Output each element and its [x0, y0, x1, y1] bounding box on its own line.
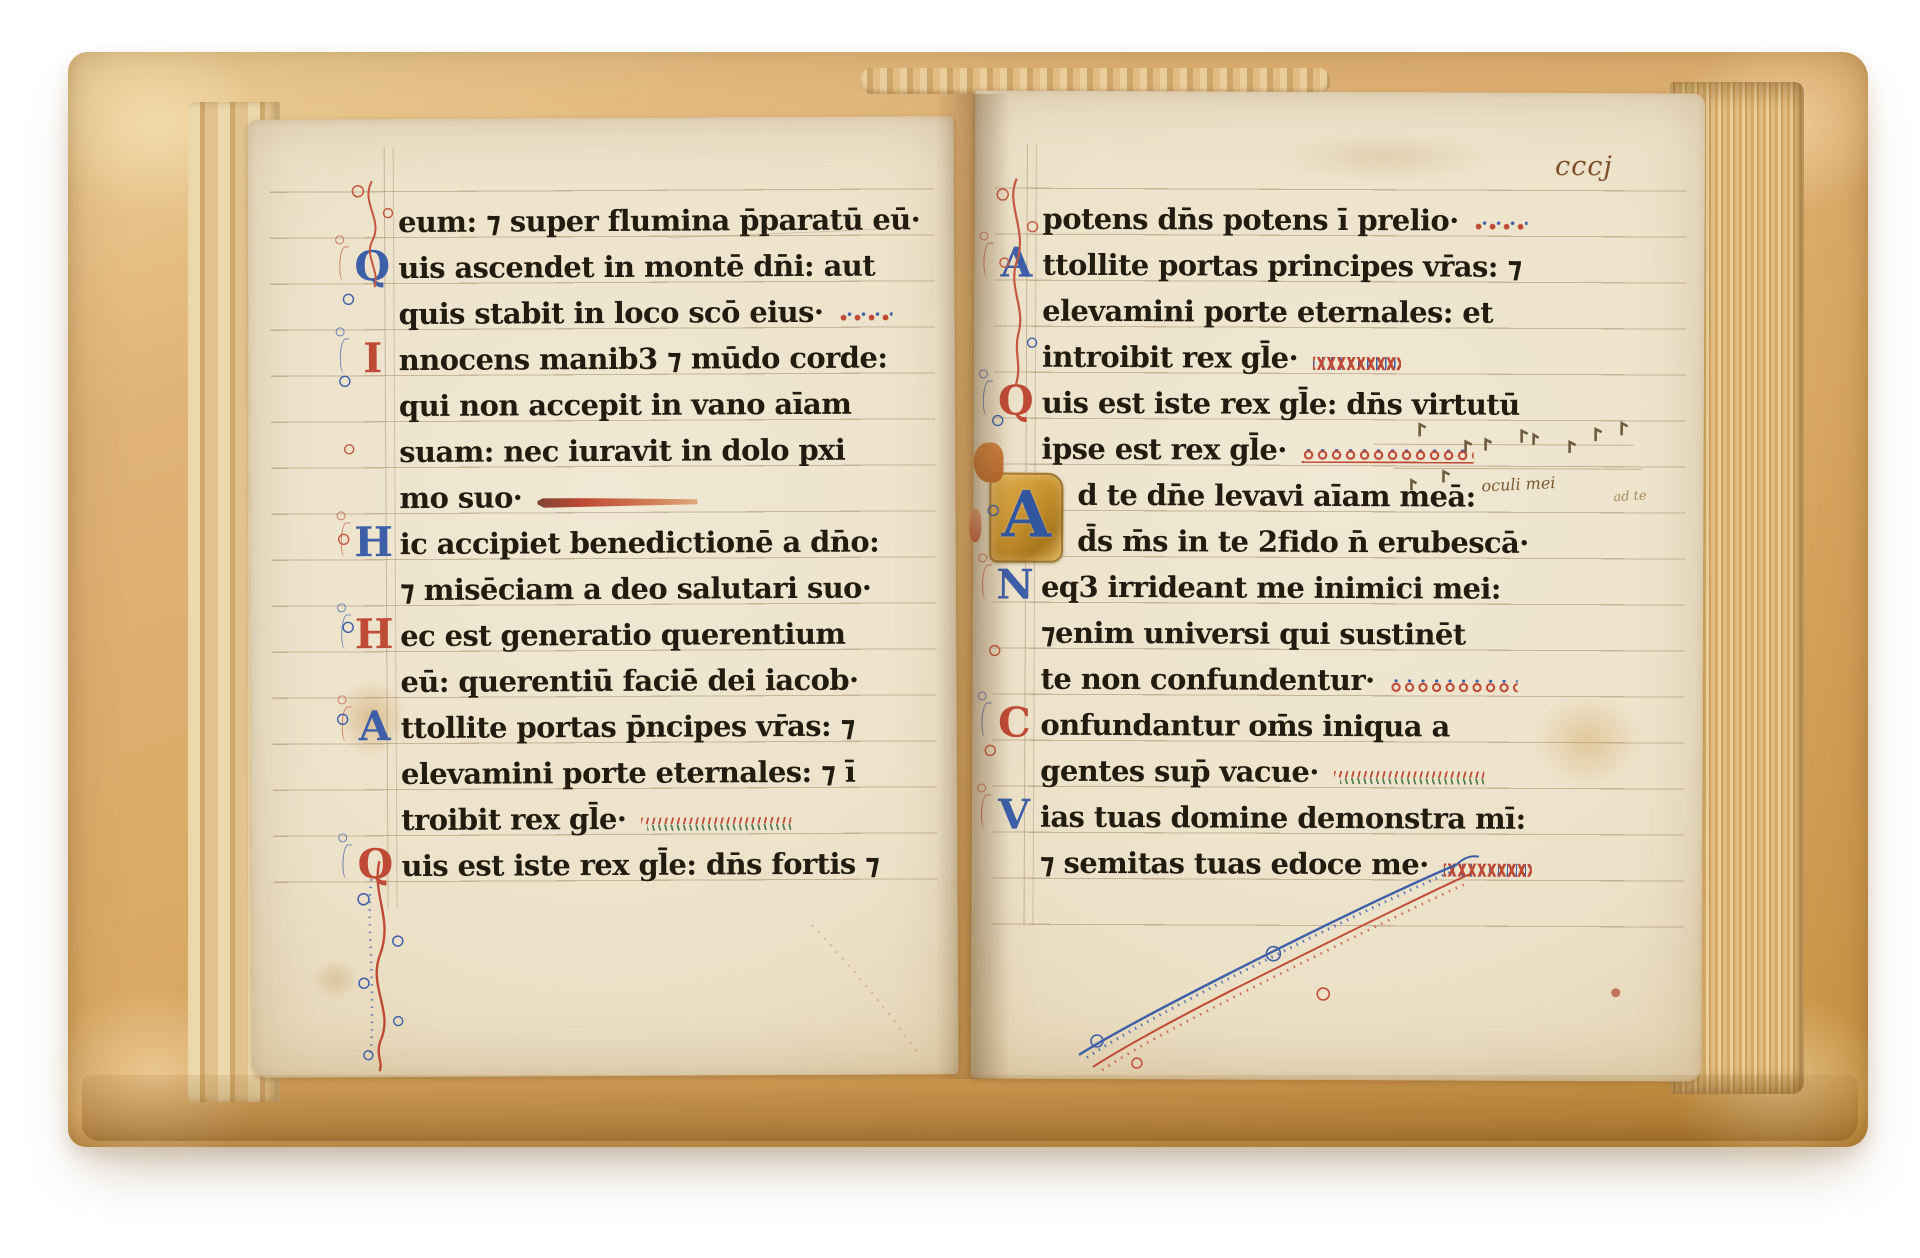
- offset-ghost-flourish: [812, 924, 921, 1057]
- illuminated-initial: Q: [994, 376, 1038, 424]
- text-line: qui non accepit in vano aīam: [399, 380, 905, 429]
- illuminated-initial: H: [352, 610, 396, 658]
- line-text: ec est generatio querentium: [400, 617, 845, 653]
- stain: [1275, 132, 1495, 183]
- line-filler-vine-ornament: [1302, 448, 1474, 463]
- text-line: troibit rex gl̄e·: [401, 794, 907, 843]
- text-line: eū: querentiū faciē dei iacob·: [400, 656, 906, 705]
- line-filler-zigzag-ornament: [1313, 357, 1401, 370]
- line-text: d̄s m̄s in te 2fido n̄ erubescā·: [1041, 524, 1529, 560]
- illuminated-initial: N: [993, 560, 1037, 608]
- text-line: te non confundentur·: [1040, 656, 1588, 704]
- line-filler-scroll-ornament: [1390, 679, 1518, 693]
- line-filler-dots-ornament: [1474, 220, 1528, 232]
- folio-number: cccj: [1555, 151, 1613, 182]
- text-line: A ttollite portas principes vr̄as: ⁊: [1042, 242, 1590, 290]
- illuminated-initial: C: [992, 698, 1036, 746]
- line-text: potens dn̄s potens ī prelio·: [1043, 202, 1459, 238]
- line-text: nnocens manib3 ⁊ mūdo corde:: [399, 341, 888, 378]
- line-text: ⁊ semitas tuas edoce me·: [1040, 846, 1429, 882]
- text-column: eum: ⁊ super flumina p̄paratū eū· Q uis …: [398, 196, 908, 889]
- line-text: elevamini porte eternales: ⁊ ī: [401, 755, 856, 791]
- line-text: elevamini porte eternales: et: [1042, 294, 1493, 330]
- line-text: ttollite portas principes vr̄as: ⁊: [1042, 248, 1521, 284]
- line-text: eum: ⁊ super flumina p̄paratū eū·: [398, 202, 920, 239]
- illuminated-initial: H: [352, 518, 396, 566]
- text-line: elevamini porte eternales: ⁊ ī: [401, 748, 907, 797]
- right-page: cccj oculi mei ad te potens dn̄s potens …: [971, 90, 1705, 1081]
- text-line: suam: nec iuravit in dolo pxi: [399, 426, 905, 475]
- text-line: ipse est rex gl̄e·: [1041, 426, 1589, 474]
- line-filler-feather-ornament: [1334, 771, 1484, 785]
- text-line: A ttollite portas p̄ncipes vr̄as: ⁊: [401, 702, 907, 751]
- line-text: suam: nec iuravit in dolo pxi: [399, 433, 845, 469]
- text-line: ⁊ semitas tuas edoce me·: [1040, 840, 1588, 888]
- text-line: introibit rex gl̄e·: [1042, 334, 1590, 382]
- book-cover: eum: ⁊ super flumina p̄paratū eū· Q uis …: [68, 52, 1868, 1147]
- text-line: potens dn̄s potens ī prelio·: [1042, 196, 1590, 244]
- line-filler-feather-ornament: [641, 817, 791, 831]
- line-text: introibit rex gl̄e·: [1042, 340, 1298, 375]
- illuminated-initial: V: [992, 790, 1036, 838]
- text-line: Q uis ascendet in montē dn̄i: aut: [398, 242, 904, 291]
- text-line: quis stabit in loco scō eius·: [398, 288, 904, 337]
- line-text: gentes sup̄ vacue·: [1040, 754, 1319, 789]
- illuminated-initial: Q: [350, 242, 394, 290]
- line-filler-taper-ornament: [537, 497, 697, 508]
- text-line: ⁊ misēciam a deo salutari suo·: [400, 564, 906, 613]
- marginal-cue-text: ad te: [1613, 488, 1647, 505]
- left-page: eum: ⁊ super flumina p̄paratū eū· Q uis …: [247, 116, 958, 1078]
- line-text: ic accipiet benedictionē a dn̄o:: [400, 525, 880, 562]
- initial-long-tail-flourish: [376, 861, 385, 1071]
- text-line: V ias tuas domine demonstra mī:: [1040, 794, 1588, 842]
- text-line: d̄s m̄s in te 2fido n̄ erubescā·: [1041, 518, 1589, 566]
- line-filler-zigzag-ornament: [1444, 863, 1532, 876]
- line-text: uis est iste rex gl̄e: dn̄s virtutū: [1042, 386, 1520, 422]
- text-line: C onfundantur om̄s iniqua a: [1040, 702, 1588, 750]
- line-text: mo suo·: [399, 480, 522, 515]
- text-column: potens dn̄s potens ī prelio· A ttollite …: [1040, 196, 1591, 888]
- text-line: gentes sup̄ vacue·: [1040, 748, 1588, 796]
- line-text: onfundantur om̄s iniqua a: [1040, 708, 1449, 744]
- text-line: eum: ⁊ super flumina p̄paratū eū·: [398, 196, 904, 245]
- line-text: eū: querentiū faciē dei iacob·: [400, 663, 858, 699]
- text-line: H ic accipiet benedictionē a dn̄o:: [400, 518, 906, 567]
- text-line: ⁊enim universi qui sustinēt: [1041, 610, 1589, 658]
- text-line: mo suo·: [399, 472, 905, 521]
- illuminated-initial: I: [351, 334, 395, 382]
- text-line: Q uis est iste rex gl̄e: dn̄s virtutū: [1042, 380, 1590, 428]
- line-text: d te dn̄e levavi aīam meā:: [1041, 478, 1475, 514]
- line-text: ⁊ misēciam a deo salutari suo·: [400, 571, 872, 607]
- line-text: ipse est rex gl̄e·: [1042, 432, 1287, 467]
- cover-bottom-edge: [82, 1075, 1858, 1141]
- text-line: H ec est generatio querentium: [400, 610, 906, 659]
- line-text: te non confundentur·: [1041, 662, 1375, 697]
- line-text: troibit rex gl̄e·: [401, 802, 626, 837]
- text-line: I nnocens manib3 ⁊ mūdo corde:: [399, 334, 905, 383]
- line-text: ttollite portas p̄ncipes vr̄as: ⁊: [401, 709, 855, 745]
- line-text: uis est iste rex gl̄e: dn̄s fortis ⁊: [401, 847, 879, 884]
- line-text: ⁊enim universi qui sustinēt: [1041, 616, 1466, 652]
- line-text: uis ascendet in montē dn̄i: aut: [398, 249, 875, 285]
- illuminated-initial: A: [353, 702, 397, 750]
- line-filler-dots-ornament: [838, 311, 892, 323]
- text-line: Q uis est iste rex gl̄e: dn̄s fortis ⁊: [401, 840, 907, 889]
- line-text: ias tuas domine demonstra mī:: [1040, 800, 1526, 836]
- text-line: elevamini porte eternales: et: [1042, 288, 1590, 336]
- red-ink-spot: [1611, 988, 1620, 997]
- manuscript-photograph: eum: ⁊ super flumina p̄paratū eū· Q uis …: [0, 0, 1920, 1258]
- text-line: A d te dn̄e levavi aīam meā:: [1041, 472, 1589, 520]
- line-text: eq3 irrideant me inimici mei:: [1041, 570, 1501, 606]
- text-line: N eq3 irrideant me inimici mei:: [1041, 564, 1589, 612]
- stain: [312, 959, 358, 999]
- line-text: quis stabit in loco scō eius·: [398, 295, 823, 331]
- line-text: qui non accepit in vano aīam: [399, 387, 851, 423]
- illuminated-initial: A: [994, 238, 1038, 286]
- illuminated-initial: Q: [353, 840, 397, 888]
